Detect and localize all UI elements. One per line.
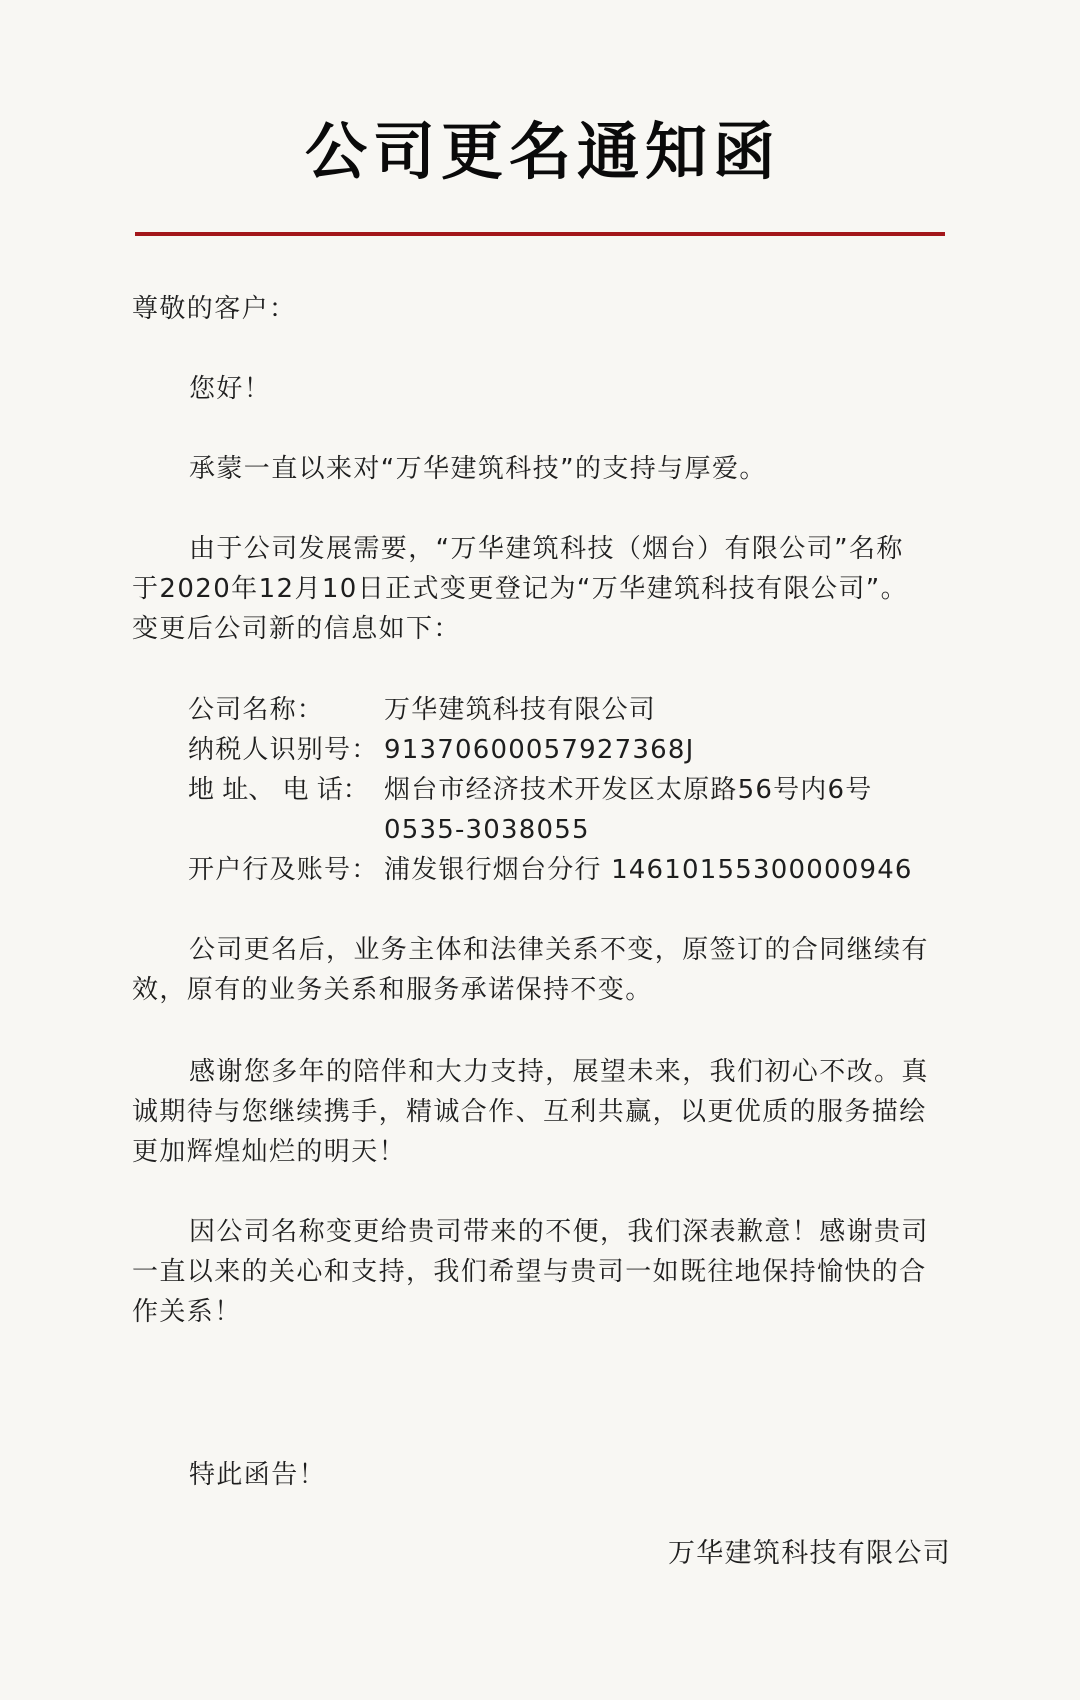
info-row-company-name: 公司名称： 万华建筑科技有限公司: [188, 690, 913, 730]
page-title: 公司更名通知函: [0, 112, 1080, 192]
info-label-empty: [188, 810, 384, 850]
paragraph-line: 效，原有的业务关系和服务承诺保持不变。: [132, 970, 946, 1010]
info-row-tax-id: 纳税人识别号： 91370600057927368J: [188, 730, 913, 770]
info-value-bank: 浦发银行烟台分行 14610155300000946: [384, 850, 913, 890]
paragraph-line: 一直以来的关心和支持，我们希望与贵司一如既往地保持愉快的合: [132, 1252, 946, 1292]
paragraph-line: 公司更名后，业务主体和法律关系不变，原签订的合同继续有: [132, 930, 946, 970]
paragraph-name-change: 由于公司发展需要，“万华建筑科技（烟台）有限公司”名称 于2020年12月10日…: [132, 529, 946, 649]
paragraph-line: 于2020年12月10日正式变更登记为“万华建筑科技有限公司”。: [132, 569, 946, 609]
info-value-company-name: 万华建筑科技有限公司: [384, 690, 656, 730]
info-label: 地 址、 电 话：: [188, 770, 384, 810]
info-label: 纳税人识别号：: [188, 730, 384, 770]
salutation: 尊敬的客户：: [132, 289, 946, 329]
paragraph-line: 由于公司发展需要，“万华建筑科技（烟台）有限公司”名称: [132, 529, 946, 569]
paragraph-thanks: 承蒙一直以来对“万华建筑科技”的支持与厚爱。: [132, 449, 946, 489]
paragraph-line: 诚期待与您继续携手，精诚合作、互利共赢，以更优质的服务描绘: [132, 1092, 946, 1132]
paragraph-legal-continuity: 公司更名后，业务主体和法律关系不变，原签订的合同继续有 效，原有的业务关系和服务…: [132, 930, 946, 1010]
info-value-address: 烟台市经济技术开发区太原路56号内6号: [384, 770, 872, 810]
title-divider: [135, 232, 945, 236]
closing-remark: 特此函告！: [132, 1455, 946, 1495]
paragraph-line: 承蒙一直以来对“万华建筑科技”的支持与厚爱。: [132, 449, 946, 489]
paragraph-line: 作关系！: [132, 1292, 946, 1332]
info-row-phone: 0535-3038055: [188, 810, 913, 850]
paragraph-line: 感谢您多年的陪伴和大力支持，展望未来，我们初心不改。真: [132, 1052, 946, 1092]
paragraph-line: 因公司名称变更给贵司带来的不便，我们深表歉意！感谢贵司: [132, 1212, 946, 1252]
info-label: 开户行及账号：: [188, 850, 384, 890]
info-row-address: 地 址、 电 话： 烟台市经济技术开发区太原路56号内6号: [188, 770, 913, 810]
paragraph-line: 变更后公司新的信息如下：: [132, 609, 946, 649]
signature-company-name: 万华建筑科技有限公司: [668, 1534, 951, 1574]
info-label: 公司名称：: [188, 690, 384, 730]
company-info-block: 公司名称： 万华建筑科技有限公司 纳税人识别号： 913706000579273…: [188, 690, 913, 890]
paragraph-apology: 因公司名称变更给贵司带来的不便，我们深表歉意！感谢贵司 一直以来的关心和支持，我…: [132, 1212, 946, 1332]
info-row-bank: 开户行及账号： 浦发银行烟台分行 14610155300000946: [188, 850, 913, 890]
greeting: 您好！: [132, 369, 946, 409]
info-value-phone: 0535-3038055: [384, 810, 590, 850]
info-value-tax-id: 91370600057927368J: [384, 730, 694, 770]
paragraph-gratitude: 感谢您多年的陪伴和大力支持，展望未来，我们初心不改。真 诚期待与您继续携手，精诚…: [132, 1052, 946, 1172]
paragraph-line: 更加辉煌灿烂的明天！: [132, 1132, 946, 1172]
